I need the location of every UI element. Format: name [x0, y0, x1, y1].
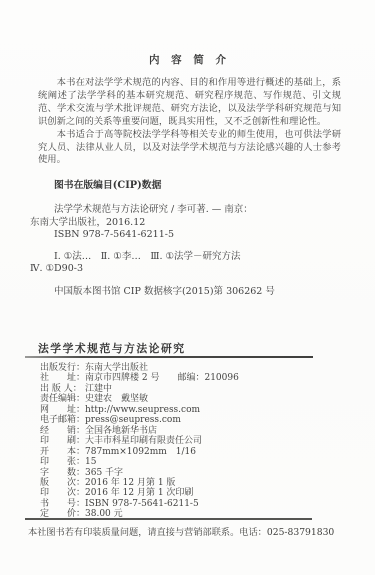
- colophon-value: 2016 年 12 月第 1 次印刷: [85, 488, 193, 498]
- colophon-row: 社 址：南京市四牌楼 2 号 邮编：210096: [40, 373, 345, 383]
- colophon-row: 印 次：2016 年 12 月第 1 次印刷: [40, 488, 345, 498]
- colophon-value: 大丰市科星印刷有限责任公司: [85, 436, 202, 446]
- cip-book-line: 法学学术规范与方法论研究 / 李可著. — 南京：: [30, 204, 335, 217]
- content-summary-paragraph-1: 本书在对法学学术规范的内容、目的和作用等进行概述的基础上，系统阐述了法学学科的基…: [38, 77, 341, 129]
- colophon-value: 江建中: [85, 384, 112, 394]
- colophon-row: 网 址：http://www.seupress.com: [40, 405, 345, 415]
- content-summary-heading: 内 容 简 介: [38, 52, 341, 67]
- cip-data-section: 图书在版编目(CIP)数据 法学学术规范与方法论研究 / 李可著. — 南京： …: [30, 177, 335, 299]
- content-summary-section: 内 容 简 介 本书在对法学学术规范的内容、目的和作用等进行概述的基础上，系统阐…: [38, 52, 341, 167]
- colophon-label: 印 张：: [40, 457, 85, 467]
- colophon-label: 书 号：: [40, 499, 85, 509]
- colophon-label: 印 次：: [40, 488, 85, 498]
- quality-notice: 本社图书若有印装质量问题，请直接与营销部联系。电话：025-83791830: [28, 524, 355, 538]
- colophon-label: 版 次：: [40, 478, 85, 488]
- content-summary-paragraph-2: 本书适合于高等院校法学学科等相关专业的师生使用，也可供法学研究人员、法律从业人员…: [38, 129, 341, 168]
- colophon-row: 经 销：全国各地新华书店: [40, 426, 345, 436]
- colophon-label: 社 址：: [40, 373, 85, 383]
- colophon-value: 2016 年 12 月第 1 版: [85, 478, 175, 488]
- colophon-value: 全国各地新华书店: [85, 426, 157, 436]
- colophon-label: 网 址：: [40, 405, 85, 415]
- cip-publisher-line: 东南大学出版社，2016.12: [30, 217, 335, 230]
- colophon-label: 印 刷：: [40, 436, 85, 446]
- colophon-row: 电子邮箱：press@seupress.com: [40, 415, 345, 425]
- colophon-value: ISBN 978-7-5641-6211-5: [85, 499, 199, 509]
- colophon-label: 经 销：: [40, 426, 85, 436]
- colophon-row: 印 张：15: [40, 457, 345, 467]
- colophon-label: 开 本：: [40, 447, 85, 457]
- book-copyright-page: 内 容 简 介 本书在对法学学术规范的内容、目的和作用等进行概述的基础上，系统阐…: [0, 0, 375, 575]
- colophon-row: 印 刷：大丰市科星印刷有限责任公司: [40, 436, 345, 446]
- book-title: 法学学术规范与方法论研究: [38, 341, 186, 356]
- colophon-value: http://www.seupress.com: [85, 405, 200, 415]
- colophon-value: 东南大学出版社: [85, 363, 148, 373]
- colophon-row: 开 本：787mm×1092mm 1/16: [40, 447, 345, 457]
- colophon-label: 电子邮箱：: [40, 415, 85, 425]
- colophon-row: 书 号：ISBN 978-7-5641-6211-5: [40, 499, 345, 509]
- colophon-label: 出版发行：: [40, 363, 85, 373]
- colophon-row: 责任编辑：史建农 戴坚敏: [40, 394, 345, 404]
- colophon-value: 史建农 戴坚敏: [85, 394, 148, 404]
- colophon-row: 版 次：2016 年 12 月第 1 版: [40, 478, 345, 488]
- colophon-label: 出 版 人：: [40, 384, 85, 394]
- footer-divider-rule: [25, 518, 312, 520]
- colophon-value: 南京市四牌楼 2 号 邮编：210096: [85, 373, 239, 383]
- colophon-label: 责任编辑：: [40, 394, 85, 404]
- colophon-row: 出 版 人：江建中: [40, 384, 345, 394]
- colophon-list: 出版发行：东南大学出版社 社 址：南京市四牌楼 2 号 邮编：210096 出 …: [40, 363, 345, 520]
- cip-classification-line-2: Ⅳ. ①D90-3: [30, 263, 335, 276]
- colophon-row: 字 数：365 千字: [40, 468, 345, 478]
- colophon-label: 字 数：: [40, 468, 85, 478]
- cip-classification-line-1: Ⅰ. ①法… Ⅱ. ①李… Ⅲ. ①法学－研究方法: [30, 251, 335, 264]
- cip-heading: 图书在版编目(CIP)数据: [30, 177, 335, 191]
- cip-isbn-line: ISBN 978-7-5641-6211-5: [30, 229, 335, 242]
- colophon-value: 787mm×1092mm 1/16: [85, 447, 196, 457]
- colophon-value: 365 千字: [85, 468, 123, 478]
- colophon-value: press@seupress.com: [85, 415, 181, 425]
- colophon-value: 15: [85, 457, 96, 467]
- title-divider-rule: [25, 356, 313, 358]
- cip-record-number-line: 中国版本图书馆 CIP 数据核字(2015)第 306262 号: [30, 286, 335, 299]
- colophon-row: 出版发行：东南大学出版社: [40, 363, 345, 373]
